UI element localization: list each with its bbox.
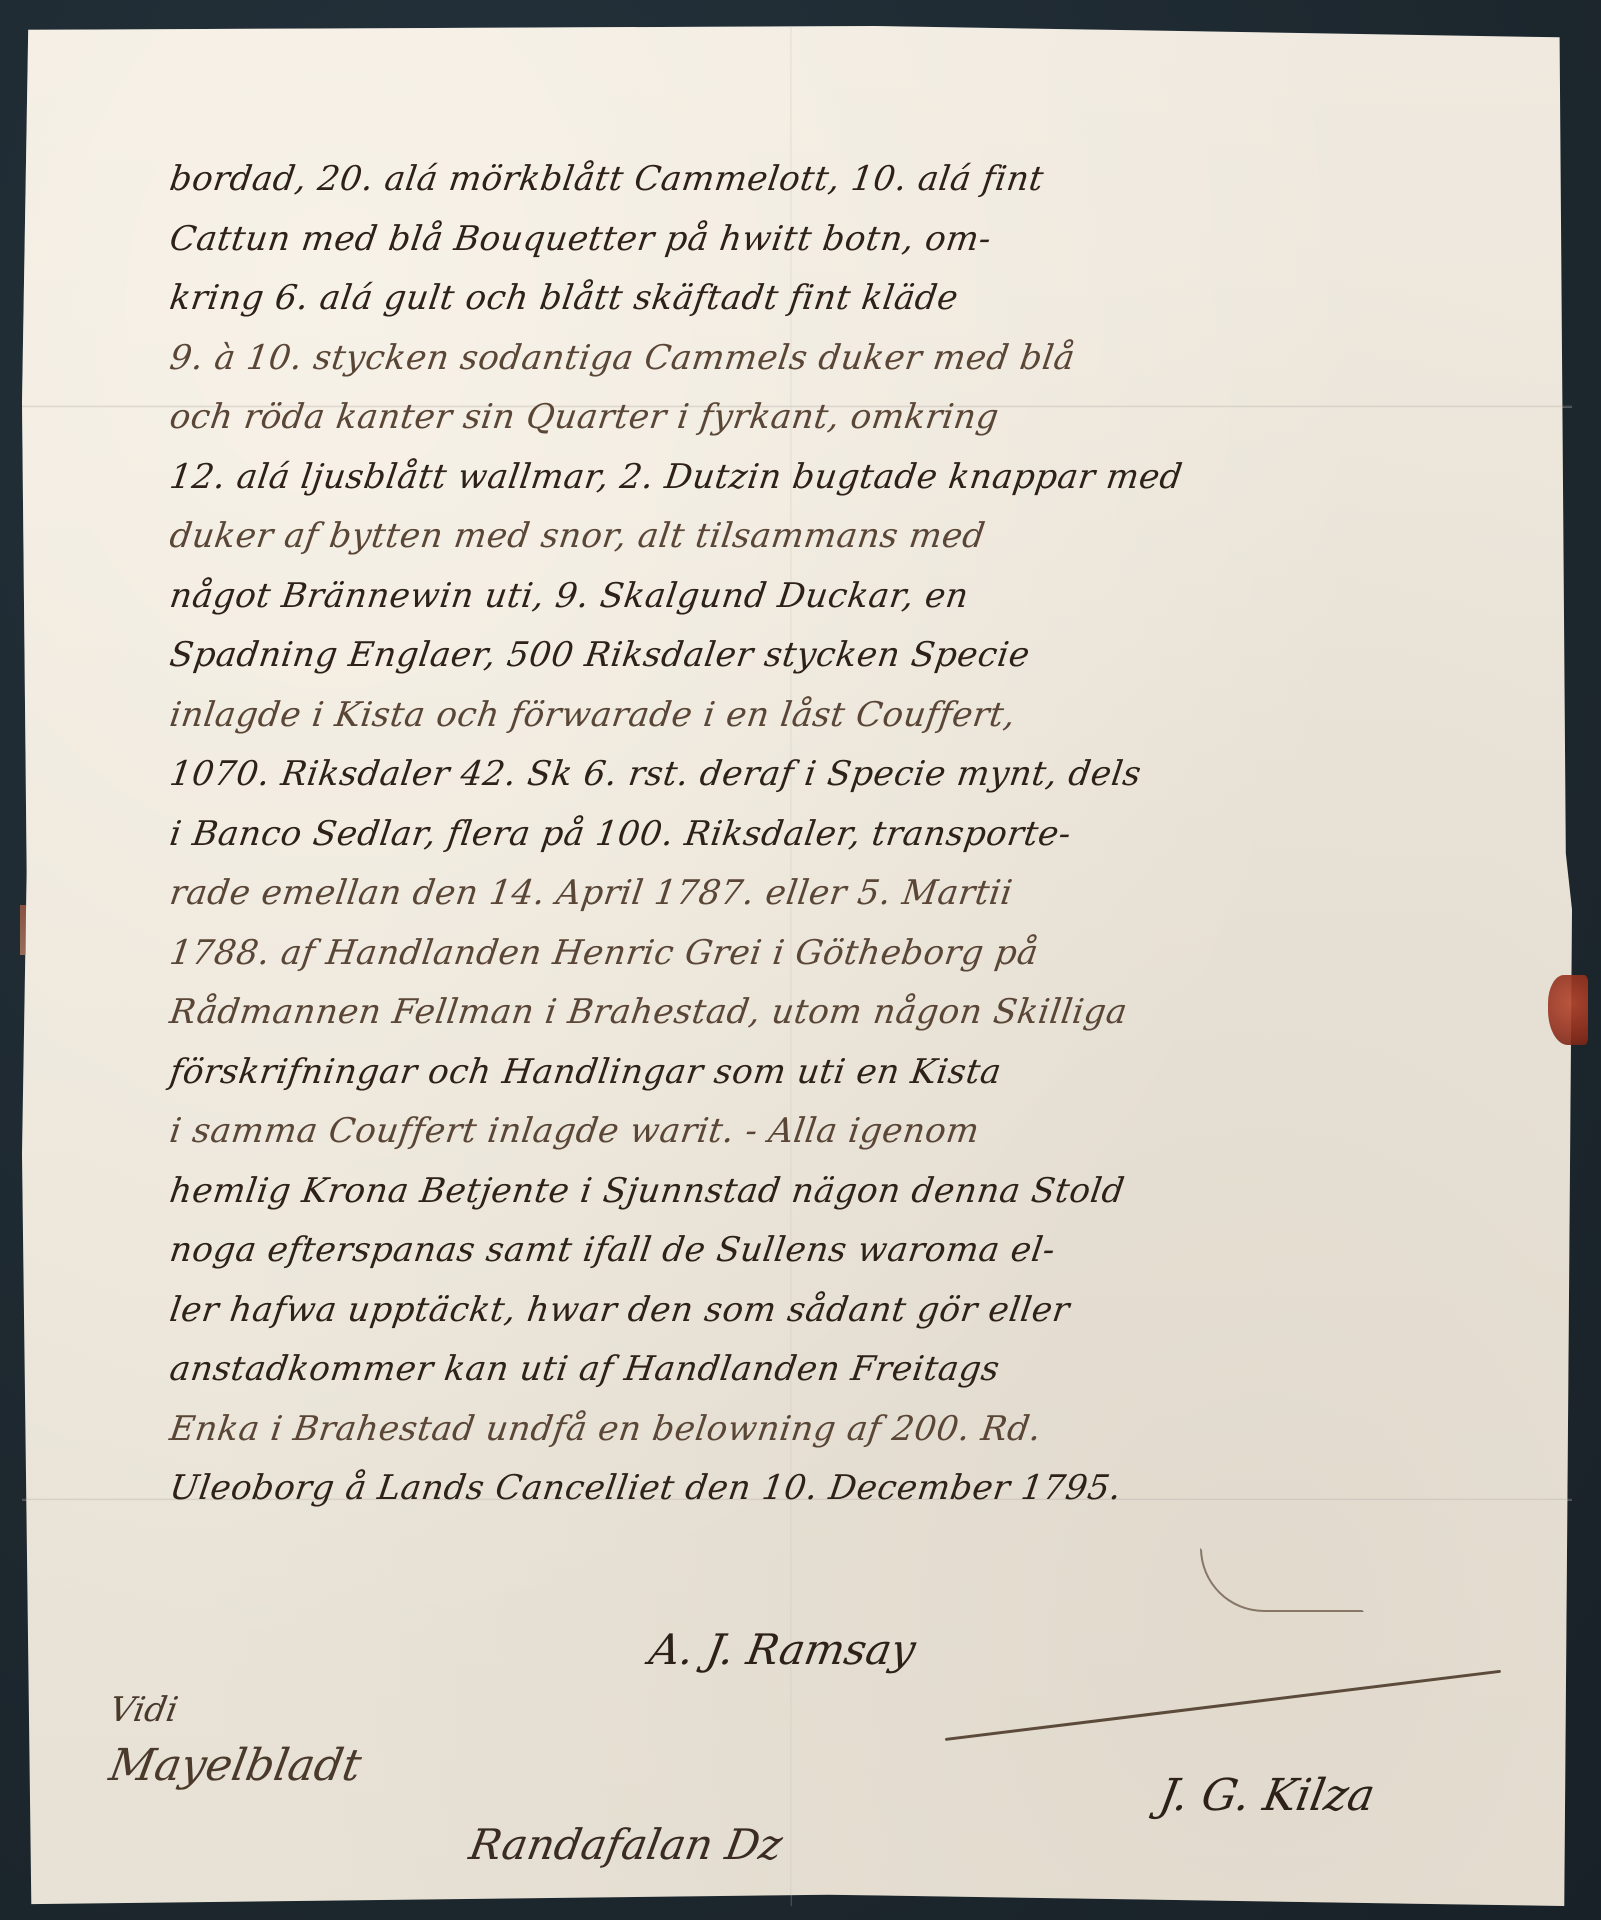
wax-stain bbox=[20, 905, 26, 955]
manuscript-line: förskrifningar och Handlingar som uti en… bbox=[166, 1043, 1534, 1103]
manuscript-line: 1070. Riksdaler 42. Sk 6. rst. deraf i S… bbox=[166, 745, 1534, 805]
manuscript-line: rade emellan den 14. April 1787. eller 5… bbox=[166, 864, 1534, 924]
manuscript-line: något Brännewin uti, 9. Skalgund Duckar,… bbox=[166, 567, 1534, 627]
manuscript-line: Spadning Englaer, 500 Riksdaler stycken … bbox=[166, 626, 1534, 686]
manuscript-line: kring 6. alá gult och blått skäftadt fin… bbox=[166, 269, 1534, 329]
manuscript-line: Rådmannen Fellman i Brahestad, utom någo… bbox=[166, 983, 1534, 1043]
manuscript-line: Cattun med blå Bouquetter på hwitt botn,… bbox=[166, 210, 1534, 270]
manuscript-line: Enka i Brahestad undfå en belowning af 2… bbox=[166, 1400, 1534, 1460]
signature-clerk: Randafalan Dz bbox=[466, 1820, 787, 1869]
manuscript-line: Uleoborg å Lands Cancelliet den 10. Dece… bbox=[166, 1459, 1534, 1519]
manuscript-line: 12. alá ljusblått wallmar, 2. Dutzin bug… bbox=[166, 448, 1534, 508]
manuscript-line: 9. à 10. stycken sodantiga Cammels duker… bbox=[166, 329, 1534, 389]
manuscript-line: hemlig Krona Betjente i Sjunnstad nägon … bbox=[166, 1162, 1534, 1222]
wax-seal-remnant bbox=[1548, 975, 1588, 1045]
signature-vidi: Mayelbladt bbox=[106, 1740, 366, 1791]
manuscript-line: i samma Couffert inlagde warit. - Alla i… bbox=[166, 1102, 1534, 1162]
manuscript-line: i Banco Sedlar, flera på 100. Riksdaler,… bbox=[166, 805, 1534, 865]
manuscript-body: bordad, 20. alá mörkblått Cammelott, 10.… bbox=[170, 150, 1530, 1519]
manuscript-line: anstadkommer kan uti af Handlanden Freit… bbox=[166, 1340, 1534, 1400]
manuscript-line: och röda kanter sin Quarter i fyrkant, o… bbox=[166, 388, 1534, 448]
signature-ramsay: A. J. Ramsay bbox=[646, 1625, 920, 1674]
manuscript-line: ler hafwa upptäckt, hwar den som sådant … bbox=[166, 1281, 1534, 1341]
manuscript-line: bordad, 20. alá mörkblått Cammelott, 10.… bbox=[166, 150, 1534, 210]
manuscript-line: inlagde i Kista och förwarade i en låst … bbox=[166, 686, 1534, 746]
vidi-label: Vidi bbox=[106, 1690, 181, 1730]
manuscript-line: duker af bytten med snor, alt tilsammans… bbox=[166, 507, 1534, 567]
signature-secretary: J. G. Kilza bbox=[1156, 1770, 1379, 1821]
manuscript-line: 1788. af Handlanden Henric Grei i Götheb… bbox=[166, 924, 1534, 984]
manuscript-line: noga efterspanas samt ifall de Sullens w… bbox=[166, 1221, 1534, 1281]
